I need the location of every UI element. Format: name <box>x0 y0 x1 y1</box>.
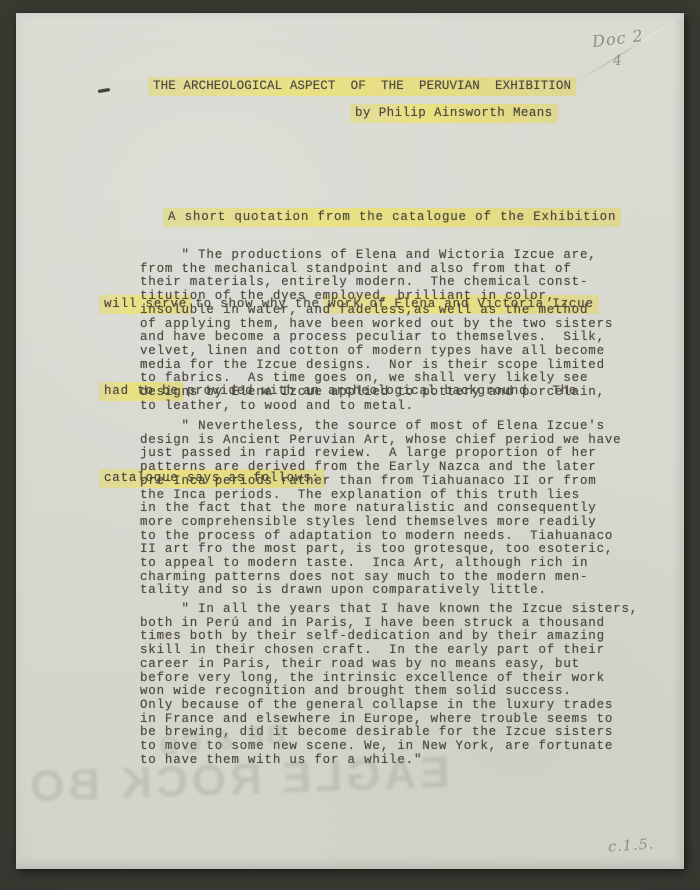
typewritten-line: skill in their chosen craft. In the earl… <box>140 644 638 658</box>
typewritten-line: to the process of adaptation to modern n… <box>140 530 621 544</box>
typewritten-line: velvet, linen and cotton of modern types… <box>140 345 613 359</box>
typewritten-line: and have become a process peculiar to th… <box>140 331 613 345</box>
intro-line-1: A short quotation from the catalogue of … <box>104 203 616 232</box>
typewritten-line: just passed in rapid review. A large pro… <box>140 447 621 461</box>
document-title: THE ARCHEOLOGICAL ASPECT OF THE PERUVIAN… <box>153 79 571 93</box>
highlighted-text: A short quotation from the catalogue of … <box>163 208 621 227</box>
typewritten-line: to leather, to wood and to metal. <box>140 400 613 414</box>
typewritten-line: " In all the years that I have known the… <box>140 603 638 617</box>
typewritten-line: Only because of the general collapse in … <box>140 699 638 713</box>
typewritten-line: the Inca periods. The explanation of thi… <box>140 489 621 503</box>
typewritten-line: from the mechanical standpoint and also … <box>140 263 613 277</box>
typewritten-line: designs by Elena Izcue applied to potter… <box>140 386 613 400</box>
typewritten-line: " The productions of Elena and Wictoria … <box>140 249 613 263</box>
bleedthrough-stamp-large: EAGLE ROCK BO <box>25 748 450 813</box>
highlighted-title-text: THE ARCHEOLOGICAL ASPECT OF THE PERUVIAN… <box>148 77 576 96</box>
handwritten-note-top: Doc 2 <box>591 26 645 51</box>
typewritten-line: career in Paris, their road was by no me… <box>140 658 638 672</box>
typewritten-line: charming patterns does not say much to t… <box>140 571 621 585</box>
byline: by Philip Ainsworth Means <box>355 106 553 120</box>
typewritten-line: more comprehensible styles lend themselv… <box>140 516 621 530</box>
typewritten-line: their materials, entirely modern. The ch… <box>140 276 613 290</box>
scanned-document-page: Doc 2 4 THE ARCHEOLOGICAL ASPECT OF THE … <box>16 13 684 869</box>
typewritten-line: tality and so is drawn upon comparativel… <box>140 584 621 598</box>
typewritten-line: design is Ancient Peruvian Art, whose ch… <box>140 434 621 448</box>
typewritten-line: media for the Izcue designs. Nor is thei… <box>140 359 613 373</box>
typewritten-line: pre-Inca periods rather than from Tiahua… <box>140 475 621 489</box>
typewritten-line: in France and elsewhere in Europe, where… <box>140 713 638 727</box>
typewritten-line: to fabrics. As time goes on, we shall ve… <box>140 372 613 386</box>
typewritten-line: both in Perú and in Paris, I have been s… <box>140 617 638 631</box>
typewritten-line: to appeal to modern taste. Inca Art, alt… <box>140 557 621 571</box>
typewritten-line: patterns are derived from the Early Nazc… <box>140 461 621 475</box>
typewritten-line: before very long, the intrinsic excellen… <box>140 672 638 686</box>
handwritten-page-number: 4 <box>612 53 623 70</box>
typewritten-line: of applying them, have been worked out b… <box>140 318 613 332</box>
typewritten-line: titution of the dyes employed, brilliant… <box>140 290 613 304</box>
highlighted-byline-text: by Philip Ainsworth Means <box>350 104 558 123</box>
handwritten-reference-note: c.1.5. <box>607 836 654 855</box>
ink-mark <box>98 88 110 93</box>
typewritten-line: times both by their self-dedication and … <box>140 630 638 644</box>
typewritten-line: II art fro the most part, is too grotesq… <box>140 543 621 557</box>
typewritten-line: won wide recognition and brought them so… <box>140 685 638 699</box>
quoted-paragraph-2: " Nevertheless, the source of most of El… <box>140 420 621 598</box>
typewritten-line: " Nevertheless, the source of most of El… <box>140 420 621 434</box>
paper-crease <box>572 10 691 85</box>
typewritten-line: in the fact that the more naturalistic a… <box>140 502 621 516</box>
typewritten-line: insoluble in water, and fadeless,as well… <box>140 304 613 318</box>
quoted-paragraph-1: " The productions of Elena and Wictoria … <box>140 249 613 413</box>
